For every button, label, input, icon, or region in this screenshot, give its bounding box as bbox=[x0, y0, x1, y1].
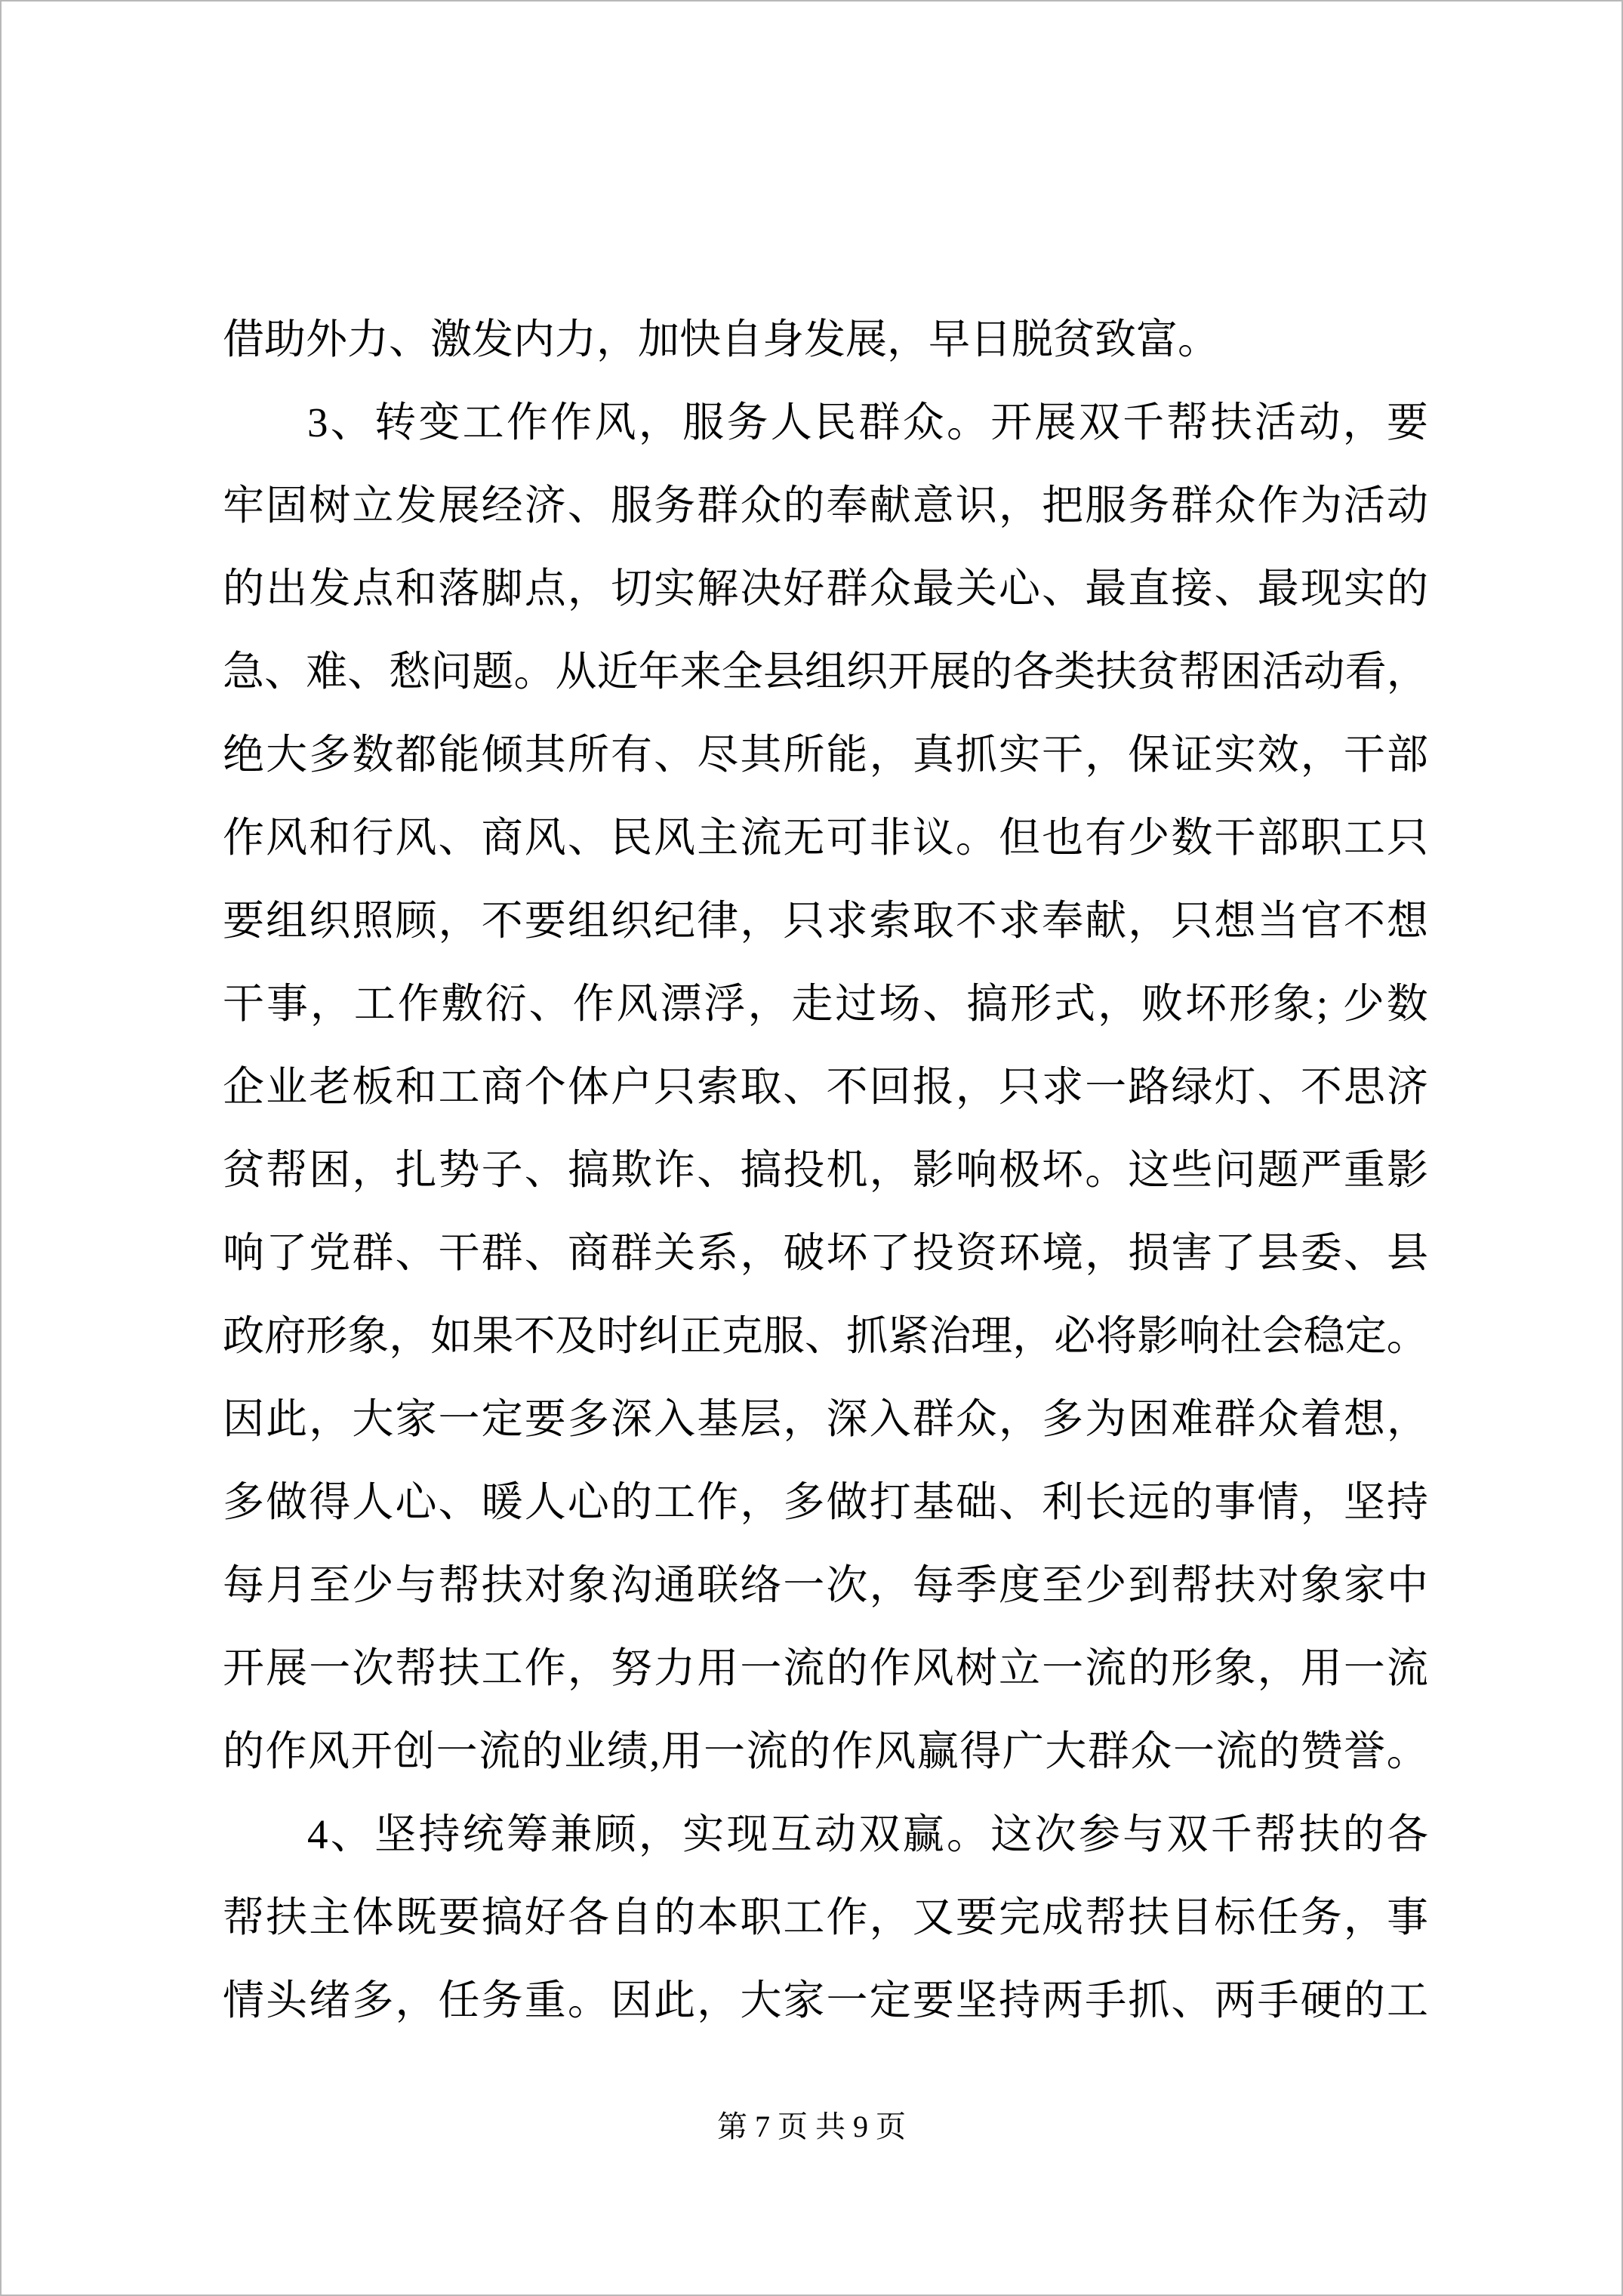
text-line-9: 干事，工作敷衍、作风漂浮，走过场、搞形式，败坏形象; 少数 bbox=[223, 963, 1428, 1046]
document-body: 借助外力、激发内力，加快自身发展，早日脱贫致富。3、转变工作作风，服务人民群众。… bbox=[223, 298, 1428, 2042]
text-line-12: 响了党群、干群、商群关系，破坏了投资环境，损害了县委、县 bbox=[223, 1212, 1428, 1295]
page-number-label: 第 7 页 共 9 页 bbox=[717, 2110, 906, 2143]
text-line-21: 情头绪多，任务重。因此，大家一定要坚持两手抓、两手硬的工 bbox=[223, 1959, 1428, 2042]
page-footer: 第 7 页 共 9 页 bbox=[2, 2104, 1621, 2150]
text-line-13: 政府形象，如果不及时纠正克服、抓紧治理，必将影响社会稳定。 bbox=[223, 1295, 1428, 1378]
text-line-10: 企业老板和工商个体户只索取、不回报，只求一路绿灯、不思济 bbox=[223, 1046, 1428, 1129]
text-line-19: 4、坚持统筹兼顾，实现互动双赢。这次参与双千帮扶的各 bbox=[223, 1793, 1428, 1876]
text-line-20: 帮扶主体既要搞好各自的本职工作，又要完成帮扶目标任务，事 bbox=[223, 1876, 1428, 1959]
text-line-4: 的出发点和落脚点，切实解决好群众最关心、最直接、最现实的 bbox=[223, 547, 1428, 630]
text-line-1: 借助外力、激发内力，加快自身发展，早日脱贫致富。 bbox=[223, 298, 1428, 381]
text-line-14: 因此，大家一定要多深入基层，深入群众，多为困难群众着想， bbox=[223, 1378, 1428, 1461]
text-line-8: 要组织照顾，不要组织纪律，只求索取不求奉献，只想当官不想 bbox=[223, 880, 1428, 963]
document-page: 借助外力、激发内力，加快自身发展，早日脱贫致富。3、转变工作作风，服务人民群众。… bbox=[0, 0, 1623, 2296]
text-line-6: 绝大多数都能倾其所有、尽其所能，真抓实干，保证实效，干部 bbox=[223, 713, 1428, 797]
text-line-2: 3、转变工作作风，服务人民群众。开展双千帮扶活动，要 bbox=[223, 381, 1428, 464]
text-line-5: 急、难、愁问题。从近年来全县组织开展的各类扶贫帮困活动看， bbox=[223, 630, 1428, 713]
text-line-7: 作风和行风、商风、民风主流无可非议。但也有少数干部职工只 bbox=[223, 797, 1428, 880]
text-line-15: 多做得人心、暖人心的工作，多做打基础、利长远的事情，坚持 bbox=[223, 1461, 1428, 1544]
text-line-17: 开展一次帮扶工作，努力用一流的作风树立一流的形象，用一流 bbox=[223, 1627, 1428, 1710]
text-line-3: 牢固树立发展经济、服务群众的奉献意识，把服务群众作为活动 bbox=[223, 464, 1428, 547]
text-line-11: 贫帮困，扎势子、搞欺诈、搞投机，影响极坏。这些问题严重影 bbox=[223, 1129, 1428, 1212]
text-line-16: 每月至少与帮扶对象沟通联络一次，每季度至少到帮扶对象家中 bbox=[223, 1544, 1428, 1627]
text-line-18: 的作风开创一流的业绩,用一流的作风赢得广大群众一流的赞誉。 bbox=[223, 1710, 1428, 1793]
